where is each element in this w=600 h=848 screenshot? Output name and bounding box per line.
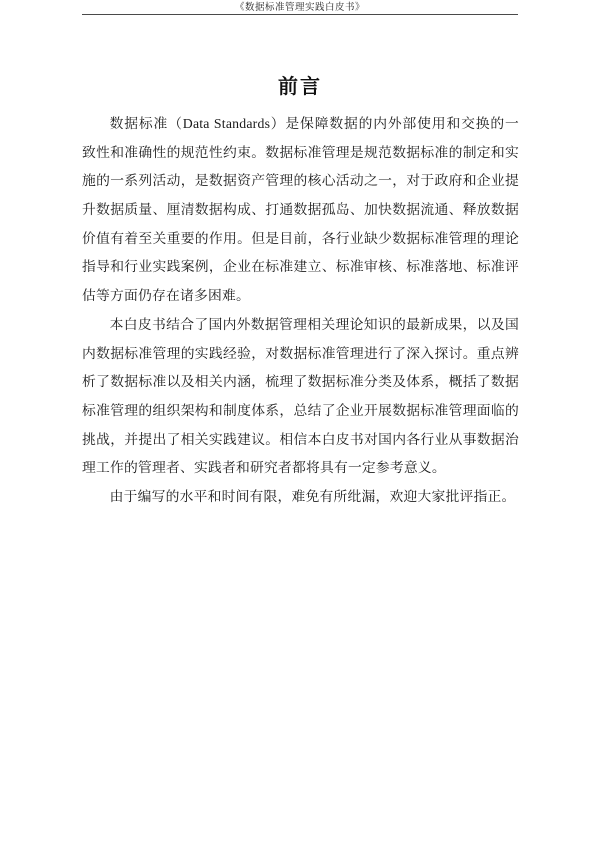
page-title: 前言 [0,76,600,98]
paragraph-line: 数据标准（Data Standards）是保障数据的内外部使用和交换的一 [82,110,519,139]
paragraph-line: 升数据质量、厘清数据构成、打通数据孤岛、加快数据流通、释放数据 [82,196,519,225]
running-header: 《数据标准管理实践白皮书》 [0,2,600,14]
paragraph-line: 挑战，并提出了相关实践建议。相信本白皮书对国内各行业从事数据治 [82,426,519,455]
paragraph-line: 理工作的管理者、实践者和研究者都将具有一定参考意义。 [82,454,519,483]
paragraph-line: 价值有着至关重要的作用。但是目前，各行业缺少数据标准管理的理论 [82,225,519,254]
paragraph-line: 内数据标准管理的实践经验，对数据标准管理进行了深入探讨。重点辨 [82,340,519,369]
header-rule [82,14,518,15]
paragraph-line: 由于编写的水平和时间有限，难免有所纰漏，欢迎大家批评指正。 [82,483,519,512]
paragraph-line: 估等方面仍存在诸多困难。 [82,282,519,311]
paragraph-line: 致性和准确性的规范性约束。数据标准管理是规范数据标准的制定和实 [82,139,519,168]
paragraph-line: 施的一系列活动，是数据资产管理的核心活动之一，对于政府和企业提 [82,167,519,196]
body-text: 数据标准（Data Standards）是保障数据的内外部使用和交换的一 致性和… [82,110,519,512]
paragraph-line: 本白皮书结合了国内外数据管理相关理论知识的最新成果，以及国 [82,311,519,340]
paragraph-line: 标准管理的组织架构和制度体系，总结了企业开展数据标准管理面临的 [82,397,519,426]
paragraph-line: 指导和行业实践案例，企业在标准建立、标准审核、标准落地、标准评 [82,253,519,282]
document-page: 《数据标准管理实践白皮书》 前言 数据标准（Data Standards）是保障… [0,0,600,848]
paragraph-line: 析了数据标准以及相关内涵，梳理了数据标准分类及体系，概括了数据 [82,368,519,397]
